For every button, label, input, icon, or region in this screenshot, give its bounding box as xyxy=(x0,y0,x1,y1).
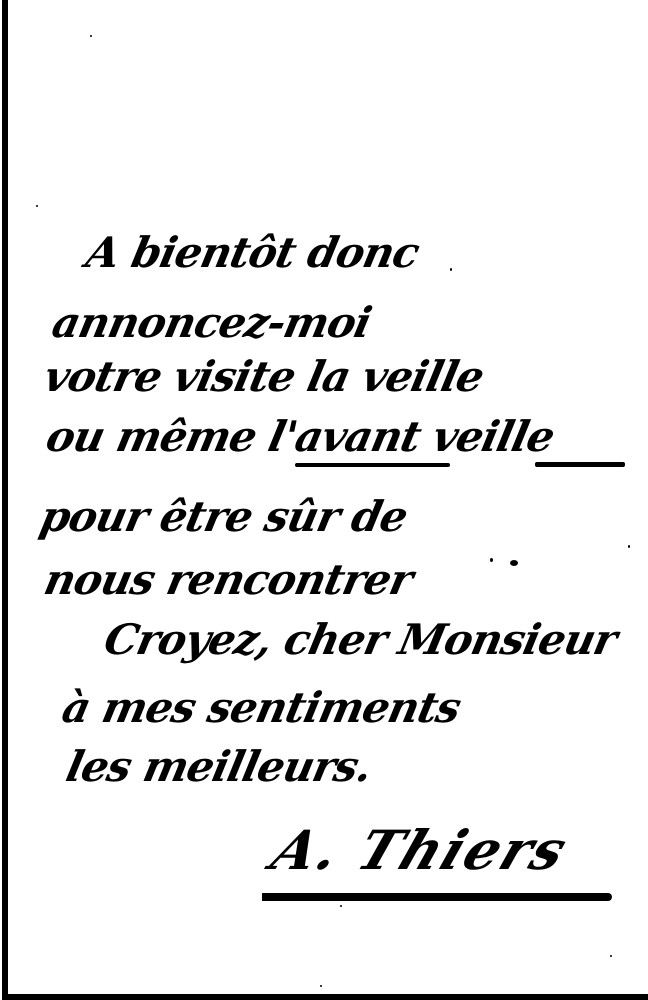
letter-line-4: ou même l'avant veille xyxy=(42,412,558,461)
scan-speck xyxy=(628,545,630,548)
scan-speck xyxy=(510,560,518,566)
letter-line-5: pour être sûr de xyxy=(36,492,412,541)
letter-line-3: votre visite la veille xyxy=(40,352,488,401)
scan-speck xyxy=(490,558,493,562)
signature-underline xyxy=(262,893,612,901)
scan-speck xyxy=(90,35,92,37)
letter-page: A bientôt donc annoncez-moi votre visite… xyxy=(0,0,648,1000)
underline-veille xyxy=(535,462,625,467)
signature: A. Thiers xyxy=(263,818,577,882)
scan-speck xyxy=(450,268,452,271)
letter-line-9: les meilleurs. xyxy=(62,742,376,791)
scan-speck xyxy=(320,985,322,987)
underline-avant xyxy=(295,463,450,467)
letter-line-6: nous rencontrer xyxy=(40,555,417,604)
scan-border-left xyxy=(2,0,8,996)
letter-line-7: Croyez, cher Monsieur xyxy=(100,615,621,664)
letter-line-8: à mes sentiments xyxy=(58,683,465,732)
letter-line-2: annoncez-moi xyxy=(48,298,375,347)
scan-border-bottom xyxy=(2,994,648,1000)
scan-speck xyxy=(340,905,342,907)
scan-speck xyxy=(610,955,612,957)
letter-line-1: A bientôt donc xyxy=(82,228,423,277)
scan-speck xyxy=(36,205,38,207)
